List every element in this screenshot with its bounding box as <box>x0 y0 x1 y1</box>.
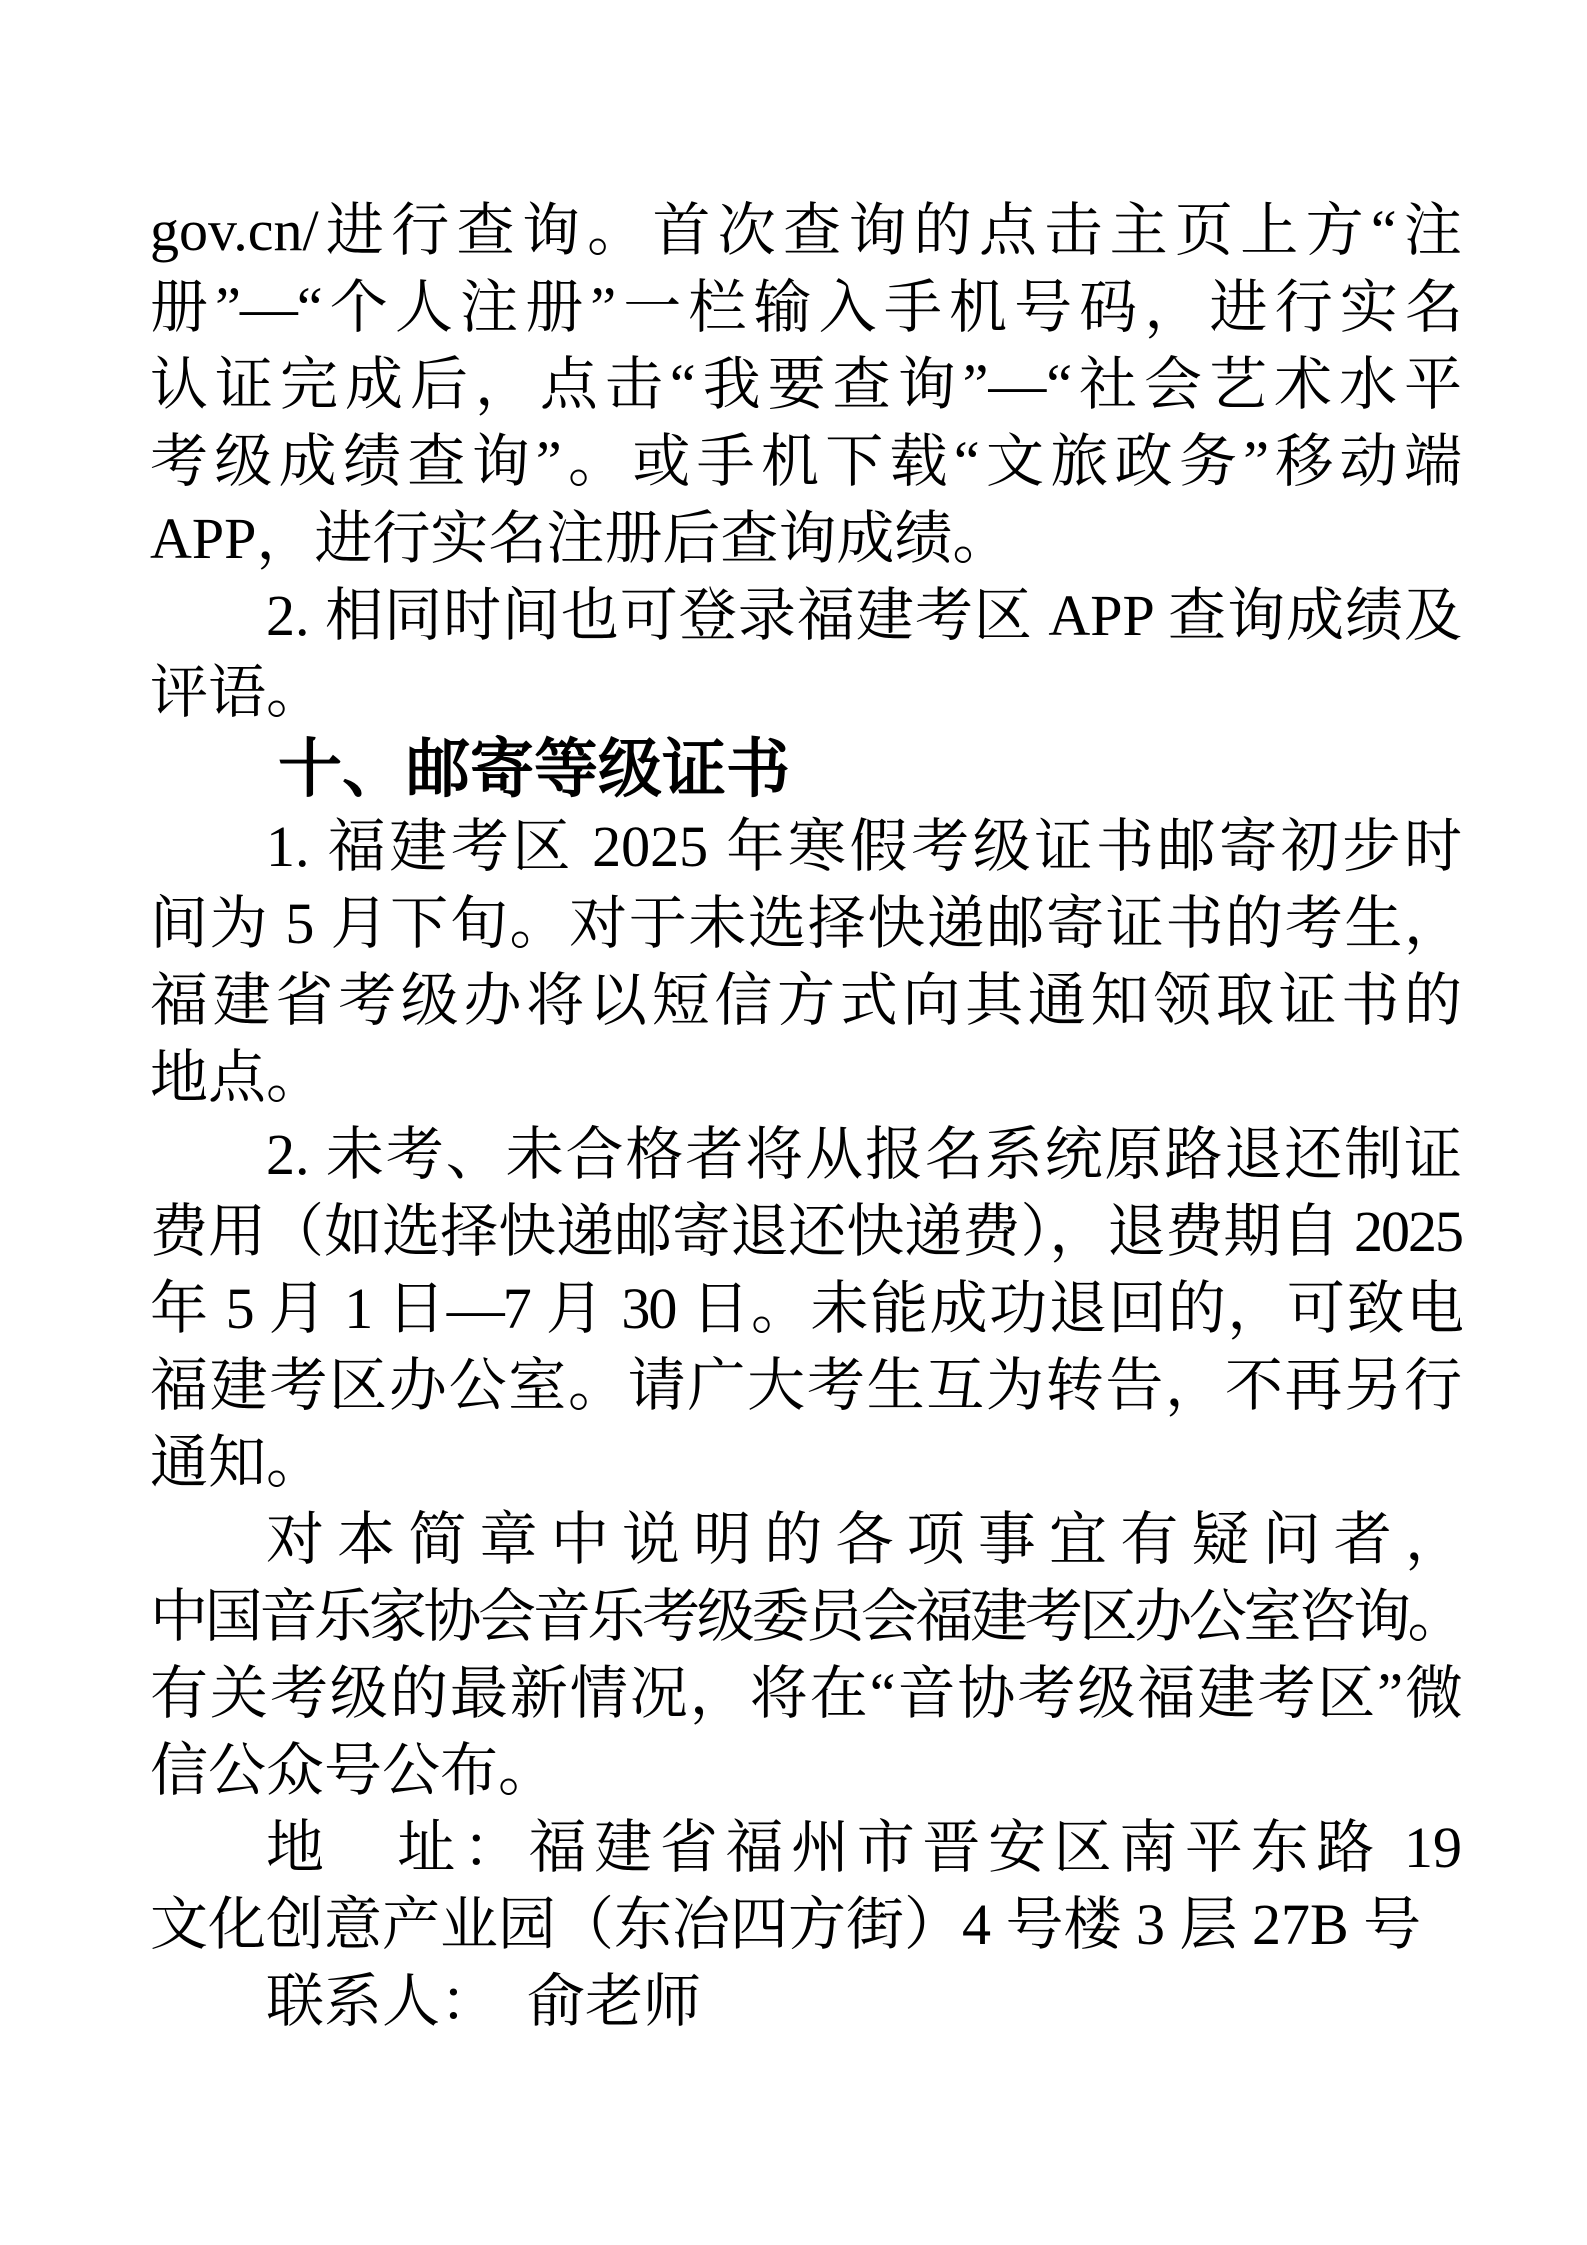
text-line: 中国音乐家协会音乐考级委员会福建考区办公室咨询。 <box>150 1578 1462 1655</box>
section-heading: 十、邮寄等级证书 <box>150 731 1462 808</box>
text-line: 对本简章中说明的各项事宜有疑问者，请直接向 <box>150 1501 1462 1578</box>
text-line: 考级成绩查询”。或手机下载“文旅政务”移动端 <box>150 423 1462 500</box>
text-line: 福建考区办公室。请广大考生互为转告，不再另行 <box>150 1347 1462 1424</box>
text-line: 认证完成后，点击“我要查询”—“社会艺术水平 <box>150 346 1462 423</box>
text-line: 间为 5 月下旬。对于未选择快递邮寄证书的考生， <box>150 885 1462 962</box>
text-line: 文化创意产业园（东冶四方街）4 号楼 3 层 27B 号 <box>150 1886 1462 1963</box>
text-line: 2. 相同时间也可登录福建考区 APP 查询成绩及 <box>150 577 1462 654</box>
document-page: gov.cn/进行查询。首次查询的点击主页上方“注 册”—“个人注册”一栏输入手… <box>0 0 1587 2245</box>
text-line: 评语。 <box>150 654 1462 731</box>
document-body: gov.cn/进行查询。首次查询的点击主页上方“注 册”—“个人注册”一栏输入手… <box>150 192 1462 2040</box>
text-line: 费用（如选择快递邮寄退还快递费），退费期自 2025 <box>150 1193 1462 1270</box>
text-line: 联系人： 俞老师 <box>150 1963 1462 2040</box>
text-line: 册”—“个人注册”一栏输入手机号码，进行实名 <box>150 269 1462 346</box>
text-line: 地点。 <box>150 1039 1462 1116</box>
text-line: 年 5 月 1 日—7 月 30 日。未能成功退回的，可致电 <box>150 1270 1462 1347</box>
text-line: APP，进行实名注册后查询成绩。 <box>150 500 1462 577</box>
text-line: 2. 未考、未合格者将从报名系统原路退还制证 <box>150 1116 1462 1193</box>
text-line: 福建省考级办将以短信方式向其通知领取证书的 <box>150 962 1462 1039</box>
text-line: 地 址：福建省福州市晋安区南平东路 19 号闽越 <box>150 1809 1462 1886</box>
text-line: 1. 福建考区 2025 年寒假考级证书邮寄初步时 <box>150 808 1462 885</box>
text-line: gov.cn/进行查询。首次查询的点击主页上方“注 <box>150 192 1462 269</box>
text-line: 通知。 <box>150 1424 1462 1501</box>
text-line: 有关考级的最新情况，将在“音协考级福建考区”微 <box>150 1655 1462 1732</box>
text-line: 信公众号公布。 <box>150 1732 1462 1809</box>
